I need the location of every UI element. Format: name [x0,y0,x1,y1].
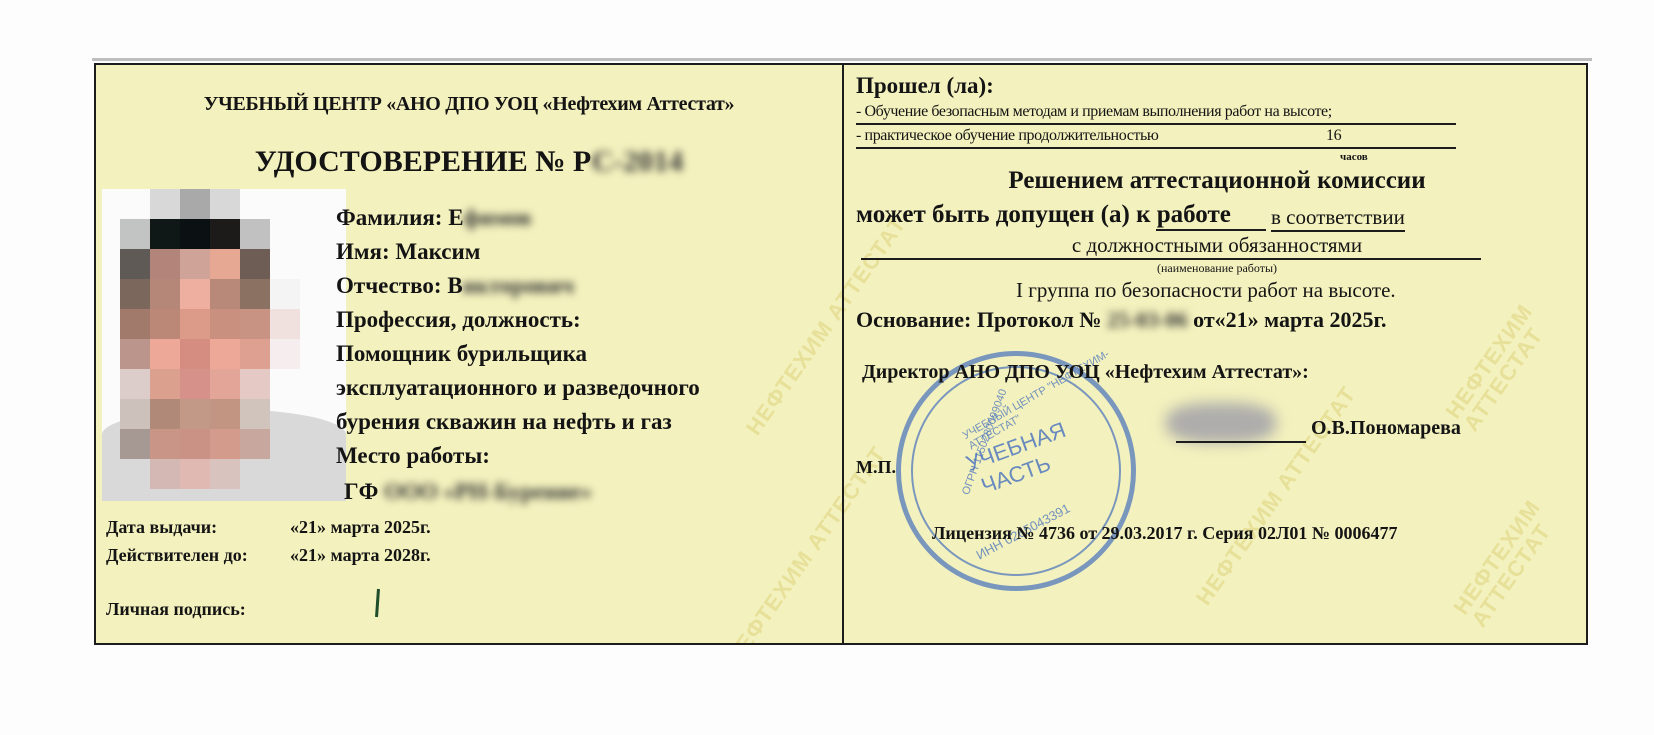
basis-label: Основание: Протокол № [856,307,1107,332]
certificate-title: УДОСТОВЕРЕНИЕ № РС-2014 [96,145,842,179]
center-fold-divider [842,65,844,643]
pixel-block [150,399,180,429]
pixel-block [150,249,180,279]
official-seal: УЧЕБНАЯ ЧАСТЬ УЧЕБНЫЙ ЦЕНТР "НЕФТЕХИМ-АТ… [896,351,1136,591]
pixel-block [180,189,210,219]
passed-label: Прошел (ла): [856,73,994,99]
surname-initial: Е [448,205,463,230]
decision-line-3: с должностными обязанностями [844,233,1588,258]
profession-line-1: Помощник бурильщика [336,341,587,367]
underline [856,147,1456,149]
pixel-block [210,399,240,429]
director-label: Директор АНО ДПО УОЦ «Нефтехим Аттестат»… [862,361,1309,384]
pixel-block [210,309,240,339]
title-prefix: УДОСТОВЕРЕНИЕ № Р [255,145,592,178]
training-hours: 16 [1326,127,1341,145]
pixel-block [180,429,210,459]
pixel-block [150,189,180,219]
pixel-block [210,189,240,219]
pixel-block [180,339,210,369]
profession-line-2: эксплуатационного и разведочного [336,375,700,401]
watermark: НЕФТЕХИМ АТТЕСТАТ [1450,483,1572,631]
issue-date-label: Дата выдачи: [106,517,217,538]
seal-text-2: ЧАСТЬ [903,423,1128,526]
surname-label: Фамилия: [336,205,448,230]
profession-label: Профессия, должность: [336,307,581,333]
pixel-block [120,279,150,309]
pixel-block [270,279,300,309]
pixel-block [180,459,210,489]
pixel-block [150,369,180,399]
decision-line-2-suffix: в соответствии [1271,205,1405,232]
name-label: Имя: [336,239,395,264]
scan-edge [92,58,1592,61]
pixel-block [240,279,270,309]
seal-ring-ogrn: ОГРН 1150280099040 [960,388,1009,497]
pixel-block [180,279,210,309]
surname-redacted: фимов [464,205,532,230]
decision-line-2: может быть допущен (а) к работе [856,201,1231,229]
pixel-block [210,219,240,249]
underline [861,258,1481,260]
basis-line: Основание: Протокол № 25-03-06 от«21» ма… [856,307,1387,333]
work-name-caption: (наименование работы) [844,261,1588,276]
patronymic-label: Отчество: [336,273,447,298]
pixel-block [240,369,270,399]
decision-line-1: Решением аттестационной комиссии [844,167,1588,195]
pixel-block [120,429,150,459]
training-line-1: - Обучение безопасным методам и приемам … [856,103,1332,121]
pixel-block [210,429,240,459]
pixel-block [240,309,270,339]
underline [1156,229,1266,231]
safety-group: I группа по безопасности работ на высоте… [1016,278,1396,303]
certificate-number-redacted: С-2014 [592,145,684,178]
pixel-block [120,339,150,369]
pixel-block [150,429,180,459]
director-name: О.В.Пономарева [1311,417,1461,440]
underline [856,123,1456,125]
basis-date: от«21» марта 2025г. [1188,307,1387,332]
holder-photo-pixelated [102,189,346,501]
issue-date-value: «21» марта 2025г. [290,517,431,538]
pixel-block [150,279,180,309]
pixel-block [270,309,300,339]
training-line-2: - практическое обучение продолжительност… [856,127,1158,145]
seal-text-1: УЧЕБНАЯ [903,395,1128,498]
protocol-number-redacted: 25-03-06 [1107,307,1188,332]
license-info: Лицензия № 4736 от 29.03.2017 г. Серия 0… [932,523,1398,544]
pixel-block [120,309,150,339]
pixel-block [150,309,180,339]
pixel-block [240,399,270,429]
holder-signature-mark [375,589,380,617]
pixel-block [180,369,210,399]
hours-unit: часов [1340,151,1368,163]
pixel-block [210,459,240,489]
patronymic-redacted: икторович [463,273,574,298]
pixel-block [120,369,150,399]
workplace-redacted: ООО «РН-Бурение» [384,479,592,504]
workplace-prefix: ГФ [344,479,384,504]
surname-field: Фамилия: Ефимов [336,205,531,231]
pixel-block [240,219,270,249]
name-value: Максим [395,239,480,264]
director-signature-redacted [1166,403,1276,443]
pixel-block [240,339,270,369]
org-header: УЧЕБНЫЙ ЦЕНТР «АНО ДПО УОЦ «Нефтехим Атт… [96,93,842,116]
pixel-block [150,339,180,369]
pixel-block [210,249,240,279]
pixel-block [120,249,150,279]
pixel-block [180,219,210,249]
pixel-block [180,249,210,279]
signature-line [1176,441,1306,443]
seal-place-mark: М.П. [856,457,896,478]
name-field: Имя: Максим [336,239,480,265]
pixel-block [210,369,240,399]
watermark: НЕФТЕХИМ АТТЕСТАТ [1442,279,1570,435]
signature-label: Личная подпись: [106,599,246,620]
valid-until-label: Действителен до: [106,545,248,566]
valid-until-value: «21» марта 2028г. [290,545,431,566]
profession-line-3: бурения скважин на нефть и газ [336,409,672,435]
patronymic-initial: В [447,273,462,298]
pixel-block [150,219,180,249]
pixel-block [120,219,150,249]
pixel-block [120,399,150,429]
pixel-block [240,429,270,459]
pixel-block [270,339,300,369]
pixel-block [180,399,210,429]
seal-ring-org: УЧЕБНЫЙ ЦЕНТР "НЕФТЕХИМ-АТТЕСТАТ" [961,344,1125,453]
certificate-card: НЕФТЕХИМ АТТЕСТАТ НЕФТЕХИМ АТТЕСТАТ НЕФТ… [94,63,1588,645]
pixel-block [150,459,180,489]
pixel-block [210,279,240,309]
workplace-field: ГФ ООО «РН-Бурение» [344,479,592,505]
pixel-block [210,339,240,369]
workplace-label: Место работы: [336,443,490,469]
patronymic-field: Отчество: Викторович [336,273,574,299]
pixel-block [180,309,210,339]
pixel-block [240,249,270,279]
